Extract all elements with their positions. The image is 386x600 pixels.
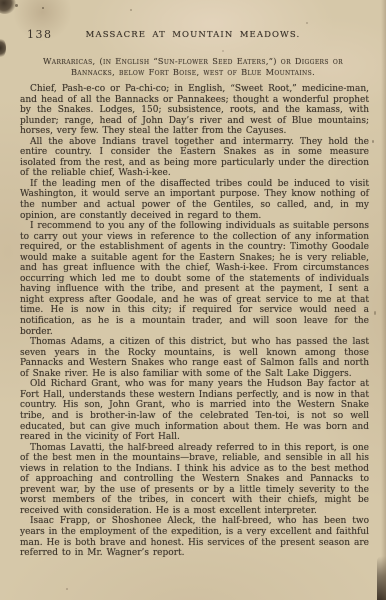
paragraph-thomas-lavatti: Thomas Lavatti, the half-breed already r… <box>20 443 369 517</box>
running-header: MASSACRE AT MOUNTAIN MEADOWS. <box>0 28 386 40</box>
paragraph-chief-pash-e-co: Chief, Pash-e-co or Pa-chi-co; in Englis… <box>20 84 369 137</box>
paragraph-leading-men: If the leading men of the disaffected tr… <box>20 179 369 221</box>
foxing-speck <box>306 22 308 24</box>
corner-ink-blotch <box>0 0 16 14</box>
bottom-right-gutter-shadow <box>377 556 386 600</box>
paragraph-recommend-individuals: I recommend to you any of the following … <box>20 221 369 337</box>
foxing-speck <box>15 4 18 7</box>
paragraph-richard-grant: Old Richard Grant, who was for many year… <box>20 379 369 442</box>
foxing-speck <box>42 7 44 9</box>
paragraph-isaac-frapp: Isaac Frapp, or Shoshonee Aleck, the hal… <box>20 516 369 558</box>
paragraph-thomas-adams: Thomas Adams, a citizen of this district… <box>20 337 369 379</box>
foxing-speck <box>372 140 374 143</box>
foxing-speck <box>222 50 224 52</box>
page-header: 138 MASSACRE AT MOUNTAIN MEADOWS. <box>0 28 386 42</box>
page-number: 138 <box>27 28 53 41</box>
paragraph-all-above-indians: All the above Indians travel together an… <box>20 137 369 179</box>
foxing-speck <box>130 9 132 11</box>
foxing-speck <box>374 311 376 315</box>
foxing-speck <box>66 588 68 590</box>
page-body: Chief, Pash-e-co or Pa-chi-co; in Englis… <box>20 84 369 559</box>
section-heading-line-1: Warraricas, (in English “Sun-flower Seed… <box>8 56 378 67</box>
section-heading-line-2: Bannacks, below Fort Boise, west of Blue… <box>8 67 378 78</box>
right-edge-shadow <box>381 0 386 600</box>
section-heading: Warraricas, (in English “Sun-flower Seed… <box>8 56 378 78</box>
book-page: 138 MASSACRE AT MOUNTAIN MEADOWS. Warrar… <box>0 0 386 600</box>
